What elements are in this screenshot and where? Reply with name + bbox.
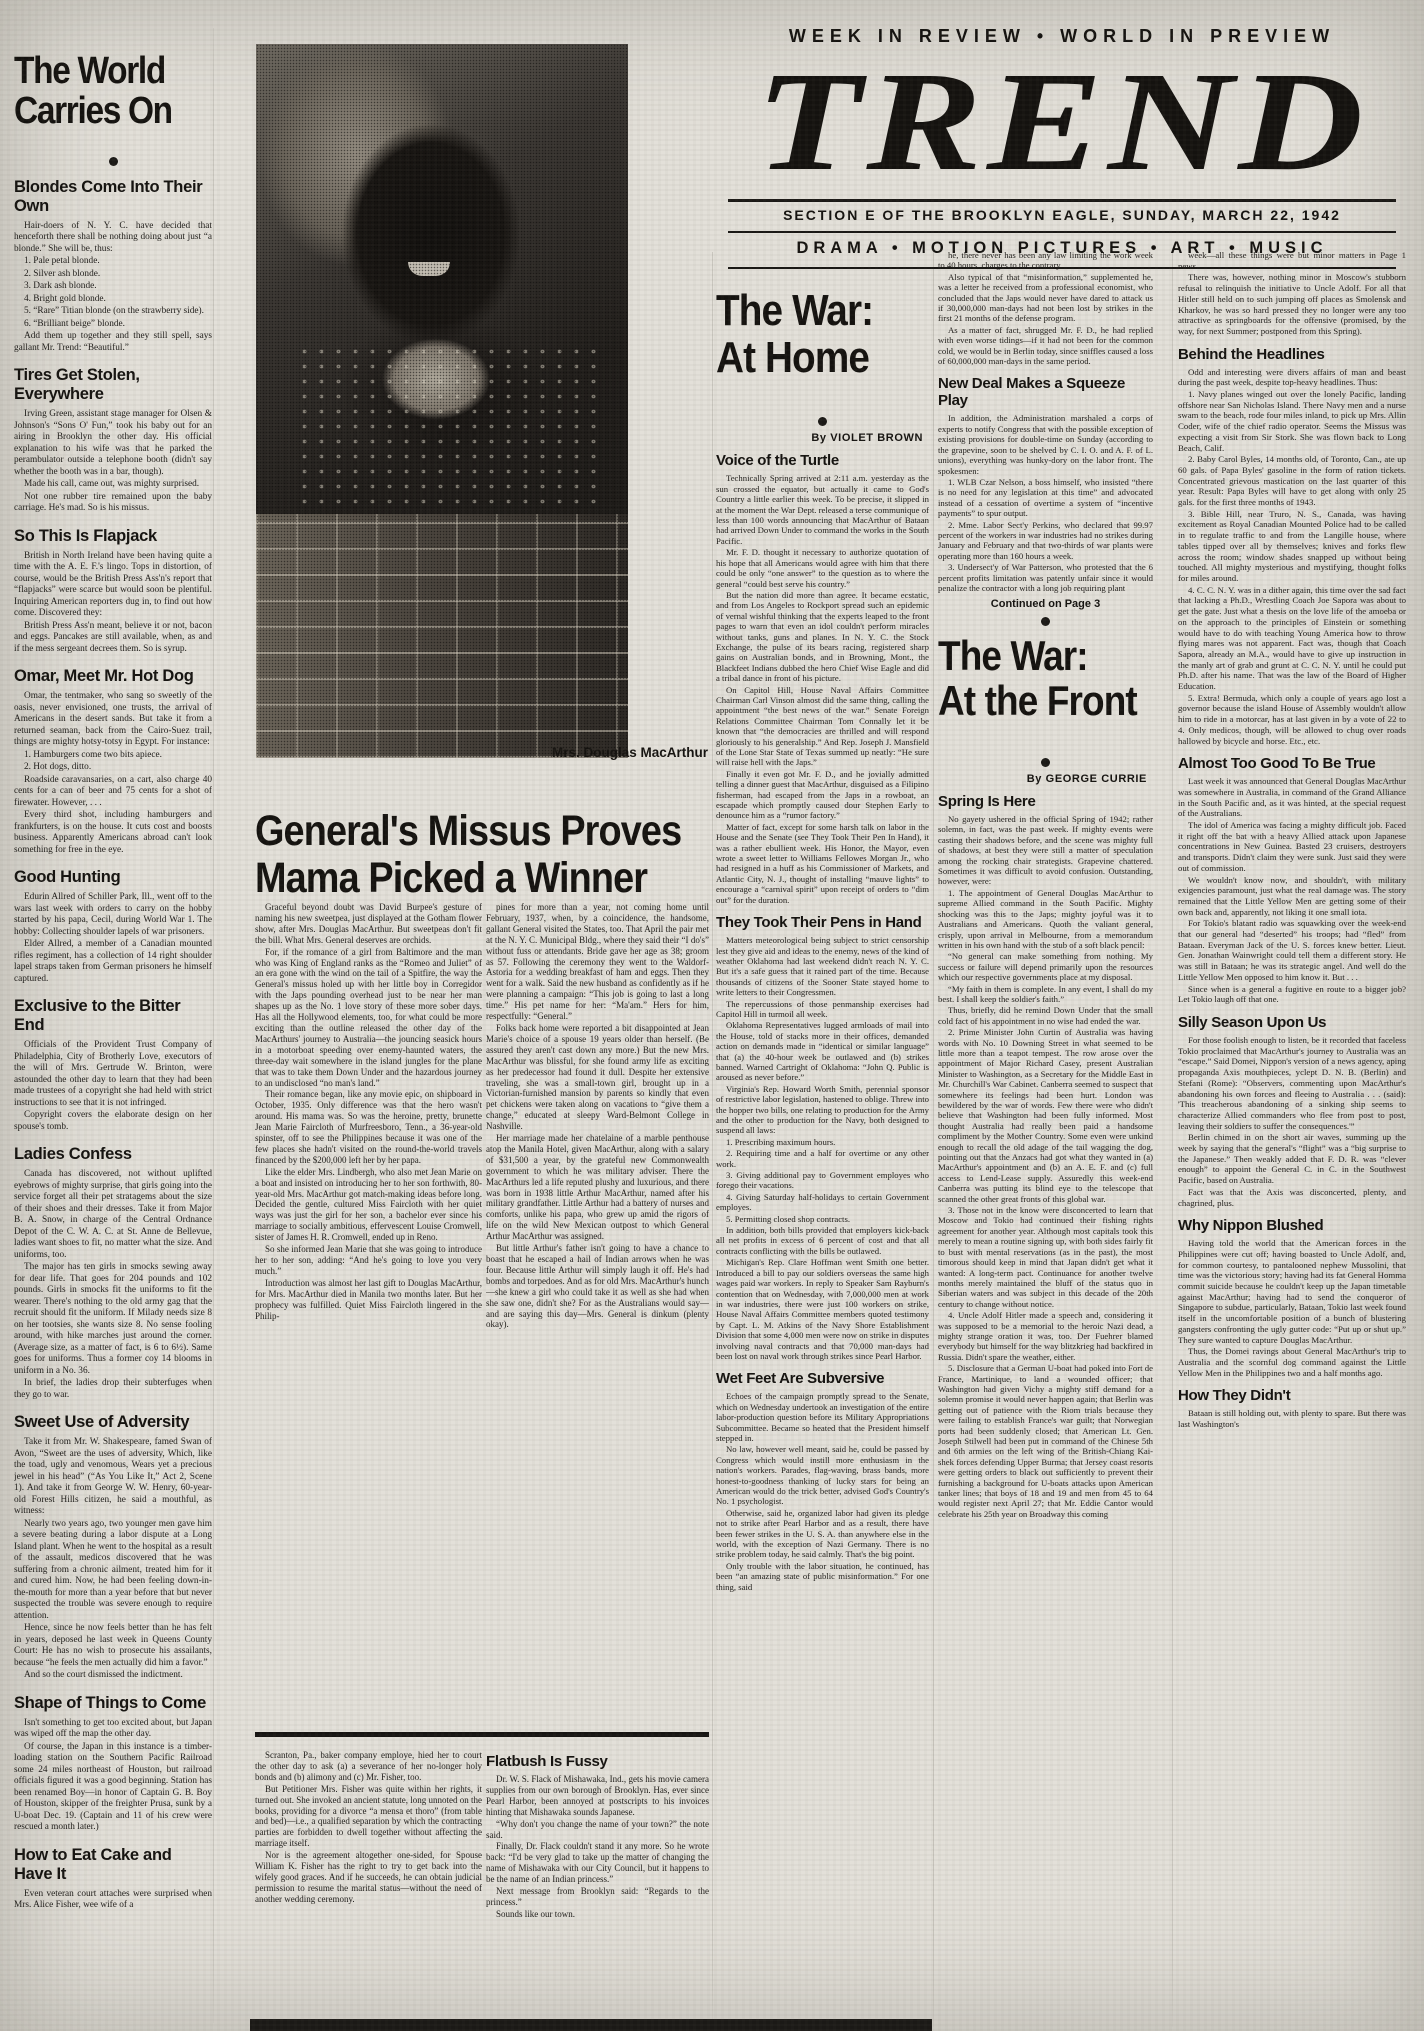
paragraph: But the nation did more than agree. It b…: [716, 590, 929, 684]
paragraph: week—all these things were but minor mat…: [1178, 250, 1406, 271]
continued-on-page-3-notice: Continued on Page 3: [938, 599, 1153, 609]
paragraph: Thus, the Domei ravings about General Ma…: [1178, 1346, 1406, 1378]
war-at-front-continued: week—all these things were but minor mat…: [1178, 250, 1406, 337]
paragraph: But Petitioner Mrs. Fisher was quite wit…: [255, 1784, 482, 1849]
section-heading: Behind the Headlines: [1178, 346, 1406, 363]
war-at-front-body: Spring Is HereNo gayety ushered in the o…: [938, 793, 1153, 1519]
column-rule: [712, 252, 713, 2022]
paragraph: There was, however, nothing minor in Mos…: [1178, 272, 1406, 336]
paragraph: Officials of the Provident Trust Company…: [14, 1040, 212, 1109]
section-heading: Tires Get Stolen, Everywhere: [14, 366, 212, 404]
eat-cake-continuation: Scranton, Pa., baker company employe, hi…: [255, 1750, 482, 2022]
paragraph: Sounds like our town.: [486, 1909, 709, 1920]
missus-headline-line2: Mama Picked a Winner: [255, 855, 647, 902]
section-heading: Shape of Things to Come: [14, 1694, 212, 1713]
violet-brown-byline: By VIOLET BROWN: [716, 433, 929, 443]
column-rule: [213, 28, 214, 2023]
photo-halftone-overlay: [256, 44, 628, 758]
world-carries-on-column: The WorldCarries On Blondes Come Into Th…: [14, 26, 212, 2024]
paragraph: Finally, Dr. Flack couldn't stand it any…: [486, 1841, 709, 1885]
paragraph: Finally it even got Mr. F. D., and he jo…: [716, 769, 929, 821]
section-heading: Sweet Use of Adversity: [14, 1413, 212, 1432]
right-column-body: Behind the HeadlinesOdd and interesting …: [1178, 346, 1406, 1430]
paragraph: 1. The appointment of General Douglas Ma…: [938, 888, 1153, 950]
paragraph: 2. Requiring time and a half for overtim…: [716, 1148, 929, 1169]
paragraph: British Press Ass'n meant, believe it or…: [14, 621, 212, 656]
paragraph: So she informed Jean Marie that she was …: [255, 1244, 482, 1277]
paragraph: Hair-doers of N. Y. C. have decided that…: [14, 221, 212, 256]
section-heading: Exclusive to the Bitter End: [14, 997, 212, 1035]
paragraph: Dr. W. S. Flack of Mishawaka, Ind., gets…: [486, 1774, 709, 1818]
paragraph: 4. Bright gold blonde.: [14, 294, 212, 306]
paragraph: 2. Baby Carol Byles, 14 months old, of T…: [1178, 454, 1406, 508]
paragraph: Hence, since he now feels better than he…: [14, 1623, 212, 1669]
paragraph: In brief, the ladies drop their subterfu…: [14, 1378, 212, 1401]
paragraph: For Tokio's blatant radio was squawking …: [1178, 918, 1406, 982]
missus-headline-line1: General's Missus Proves: [255, 808, 681, 855]
paragraph: In addition, both bills provided that em…: [716, 1225, 929, 1256]
paragraph: 3. Those not in the know were disconcert…: [938, 1205, 1153, 1309]
missus-article-headline: General's Missus ProvesMama Picked a Win…: [255, 808, 710, 902]
section-heading: Silly Season Upon Us: [1178, 1014, 1406, 1031]
paragraph: 6. “Brilliant beige” blonde.: [14, 319, 212, 331]
paragraph: The idol of America was facing a mighty …: [1178, 820, 1406, 874]
paragraph: 5. “Rare” Titian blonde (on the strawber…: [14, 306, 212, 318]
paragraph: Thus, briefly, did he remind Down Under …: [938, 1005, 1153, 1026]
section-heading: Good Hunting: [14, 868, 212, 887]
masthead-title: TREND: [655, 47, 1424, 195]
war-at-home-headline-line1: The War:: [716, 287, 873, 334]
paragraph: 4. C. C. N. Y. was in a dither again, th…: [1178, 585, 1406, 692]
new-deal-section: New Deal Makes a Squeeze PlayIn addition…: [938, 375, 1153, 593]
paragraph: 1. Hamburgers come two bits apiece.: [14, 750, 212, 762]
war-at-front-column: he, there never has been any law limitin…: [938, 250, 1153, 2031]
paragraph: 2. Hot dogs, ditto.: [14, 762, 212, 774]
war-at-front-headline: The War:At the Front: [938, 633, 1153, 723]
paragraph: On Capitol Hill, House Naval Affairs Com…: [716, 685, 929, 768]
war-at-home-column: The War:At Home By VIOLET BROWN Voice of…: [716, 250, 929, 2031]
bullet-separator: [1041, 758, 1050, 767]
paragraph: Canada has discovered, not without uplif…: [14, 1169, 212, 1261]
section-heading: How They Didn't: [1178, 1387, 1406, 1404]
newspaper-page: The WorldCarries On Blondes Come Into Th…: [0, 0, 1424, 2031]
war-at-home-body: Voice of the TurtleTechnically Spring ar…: [716, 452, 929, 1592]
paragraph: 1. Pale petal blonde.: [14, 256, 212, 268]
section-heading: New Deal Makes a Squeeze Play: [938, 375, 1153, 409]
george-currie-byline: By GEORGE CURRIE: [938, 774, 1153, 784]
paragraph: Nearly two years ago, two younger men ga…: [14, 1519, 212, 1623]
paragraph: pines for more than a year, not coming h…: [486, 902, 709, 1022]
section-heading: Omar, Meet Mr. Hot Dog: [14, 667, 212, 686]
paragraph: Having told the world that the American …: [1178, 1238, 1406, 1345]
paragraph: Matter of fact, except for some harsh ta…: [716, 822, 929, 905]
world-column-body: Blondes Come Into Their OwnHair-doers of…: [14, 178, 212, 1912]
paragraph: Mr. F. D. thought it necessary to author…: [716, 547, 929, 589]
paragraph: Only trouble with the labor situation, h…: [716, 1561, 929, 1592]
masthead: WEEK IN REVIEW • WORLD IN PREVIEW TREND …: [728, 26, 1396, 269]
paragraph: Not one rubber tire remained upon the ba…: [14, 492, 212, 515]
paragraph: British in North Ireland have been havin…: [14, 551, 212, 620]
paragraph: In addition, the Administration marshale…: [938, 413, 1153, 475]
paragraph: Odd and interesting were divers affairs …: [1178, 367, 1406, 388]
paragraph: Matters meteorological being subject to …: [716, 935, 929, 997]
paragraph: 2. Mme. Labor Sect'y Perkins, who declar…: [938, 520, 1153, 562]
world-column-title: The WorldCarries On: [14, 51, 212, 131]
paragraph: The major has ten girls in smocks sewing…: [14, 1262, 212, 1377]
paragraph: Oklahoma Representatives lugged armloads…: [716, 1020, 929, 1082]
paragraph: 5. Permitting closed shop contracts.: [716, 1214, 929, 1224]
paragraph: We wouldn't know now, and shouldn't, wit…: [1178, 875, 1406, 918]
war-at-home-continued: he, there never has been any law limitin…: [938, 250, 1153, 366]
paragraph: Since when is a general a fugitive en ro…: [1178, 984, 1406, 1005]
section-heading: Voice of the Turtle: [716, 452, 929, 469]
photo-mrs-macarthur: [256, 44, 628, 758]
paragraph: Introduction was almost her last gift to…: [255, 1278, 482, 1322]
world-title-line2: Carries On: [14, 91, 172, 131]
paragraph: “No general can make something from noth…: [938, 951, 1153, 982]
paragraph: Roadside caravansaries, on a cart, also …: [14, 775, 212, 810]
bullet-separator: [1041, 617, 1050, 626]
paragraph: The repercussions of those penmanship ex…: [716, 999, 929, 1020]
paragraph: Take it from Mr. W. Shakespeare, famed S…: [14, 1437, 212, 1518]
paragraph: 3. Undersect'y of War Patterson, who pro…: [938, 562, 1153, 593]
war-at-home-headline: The War:At Home: [716, 287, 929, 381]
paragraph: 3. Bible Hill, near Truro, N. S., Canada…: [1178, 509, 1406, 584]
paragraph: 3. Dark ash blonde.: [14, 281, 212, 293]
bullet-separator: [818, 417, 827, 426]
section-heading: How to Eat Cake and Have It: [14, 1846, 212, 1884]
world-title-line1: The World: [14, 51, 165, 91]
paragraph: Michigan's Rep. Clare Hoffman went Smith…: [716, 1257, 929, 1361]
paragraph: Omar, the tentmaker, who sang so sweetly…: [14, 691, 212, 749]
paragraph: Next message from Brooklyn said: “Regard…: [486, 1886, 709, 1908]
paragraph: “Why don't you change the name of your t…: [486, 1819, 709, 1841]
paragraph: Graceful beyond doubt was David Burpee's…: [255, 902, 482, 946]
paragraph: 4. Uncle Adolf Hitler made a speech and,…: [938, 1310, 1153, 1362]
paragraph: Berlin chimed in on the short air waves,…: [1178, 1132, 1406, 1186]
paragraph: Nor is the agreement altogether one-side…: [255, 1850, 482, 1905]
paragraph: 2. Prime Minister John Curtin of Austral…: [938, 1027, 1153, 1204]
missus-article-column-2: pines for more than a year, not coming h…: [486, 902, 709, 1728]
paragraph: 3. Giving additional pay to Government e…: [716, 1170, 929, 1191]
section-heading: Blondes Come Into Their Own: [14, 178, 212, 216]
paragraph: Made his call, came out, was mighty surp…: [14, 479, 212, 491]
right-column: week—all these things were but minor mat…: [1178, 250, 1406, 2031]
paragraph: Even veteran court attaches were surpris…: [14, 1889, 212, 1912]
paragraph: Scranton, Pa., baker company employe, hi…: [255, 1750, 482, 1783]
paragraph: No gayety ushered in the official Spring…: [938, 814, 1153, 887]
section-heading: So This Is Flapjack: [14, 527, 212, 546]
paragraph: Virginia's Rep. Howard Worth Smith, pere…: [716, 1084, 929, 1136]
paragraph: 1. WLB Czar Nelson, a boss himself, who …: [938, 477, 1153, 519]
paragraph: Echoes of the campaign promptly spread t…: [716, 1391, 929, 1443]
column-rule: [1172, 252, 1173, 2027]
paragraph: And so the court dismissed the indictmen…: [14, 1670, 212, 1682]
paragraph: Like the elder Mrs. Lindbergh, who also …: [255, 1167, 482, 1243]
paragraph: Add them up together and they still spel…: [14, 331, 212, 354]
section-heading: Wet Feet Are Subversive: [716, 1370, 929, 1387]
section-heading: Flatbush Is Fussy: [486, 1753, 709, 1770]
paragraph: Copyright covers the elaborate design on…: [14, 1110, 212, 1133]
section-heading: Spring Is Here: [938, 793, 1153, 810]
masthead-section-line: SECTION E OF THE BROOKLYN EAGLE, SUNDAY,…: [728, 202, 1396, 227]
paragraph: For those foolish enough to listen, be i…: [1178, 1035, 1406, 1131]
war-at-home-headline-line2: At Home: [716, 334, 869, 381]
paragraph: Of course, the Japan in this instance is…: [14, 1742, 212, 1834]
section-heading: They Took Their Pens in Hand: [716, 914, 929, 931]
paragraph: Elder Allred, a member of a Canadian mou…: [14, 939, 212, 985]
paragraph: Technically Spring arrived at 2:11 a.m. …: [716, 473, 929, 546]
paragraph: 1. Navy planes winged out over the lonel…: [1178, 389, 1406, 453]
paragraph: 5. Extra! Bermuda, which only a couple o…: [1178, 693, 1406, 747]
paragraph: “My faith in them is complete. In any ev…: [938, 984, 1153, 1005]
section-heading: Why Nippon Blushed: [1178, 1217, 1406, 1234]
paragraph: Bataan is still holding out, with plenty…: [1178, 1408, 1406, 1429]
photo-caption: Mrs. Douglas MacArthur: [470, 745, 708, 760]
paragraph: Isn't something to get too excited about…: [14, 1718, 212, 1741]
paragraph: Edurin Allred of Schiller Park, Ill., we…: [14, 892, 212, 938]
bullet-separator: [109, 157, 118, 166]
section-heading: Almost Too Good To Be True: [1178, 755, 1406, 772]
paragraph: 5. Disclosure that a German U-boat had p…: [938, 1363, 1153, 1519]
paragraph: Irving Green, assistant stage manager fo…: [14, 409, 212, 478]
paragraph: Last week it was announced that General …: [1178, 776, 1406, 819]
missus-article-column-1: Graceful beyond doubt was David Burpee's…: [255, 902, 482, 1728]
paragraph: But little Arthur's father isn't going t…: [486, 1243, 709, 1330]
section-heading: Ladies Confess: [14, 1145, 212, 1164]
paragraph: Folks back home were reported a bit disa…: [486, 1023, 709, 1132]
paragraph: Otherwise, said he, organized labor had …: [716, 1508, 929, 1560]
flatbush-is-fussy-article: Flatbush Is FussyDr. W. S. Flack of Mish…: [486, 1744, 709, 2024]
paragraph: For, if the romance of a girl from Balti…: [255, 947, 482, 1089]
page-bottom-bar: [250, 2019, 932, 2031]
paragraph: 2. Silver ash blonde.: [14, 269, 212, 281]
war-at-front-headline-line1: The War:: [938, 633, 1088, 678]
paragraph: Also typical of that “misinformation,” s…: [938, 272, 1153, 324]
paragraph: he, there never has been any law limitin…: [938, 250, 1153, 271]
paragraph: Her marriage made her chatelaine of a ma…: [486, 1133, 709, 1242]
paragraph: As a matter of fact, shrugged Mr. F. D.,…: [938, 325, 1153, 367]
paragraph: Their romance began, like any movie epic…: [255, 1089, 482, 1165]
horizontal-rule: [255, 1732, 709, 1737]
column-rule: [933, 252, 934, 2027]
paragraph: Fact was that the Axis was disconcerted,…: [1178, 1187, 1406, 1208]
paragraph: Every third shot, including hamburgers a…: [14, 810, 212, 856]
paragraph: 4. Giving Saturday half-holidays to cert…: [716, 1192, 929, 1213]
paragraph: 1. Prescribing maximum hours.: [716, 1137, 929, 1147]
war-at-front-headline-line2: At the Front: [938, 678, 1137, 723]
paragraph: No law, however well meant, said he, cou…: [716, 1444, 929, 1506]
